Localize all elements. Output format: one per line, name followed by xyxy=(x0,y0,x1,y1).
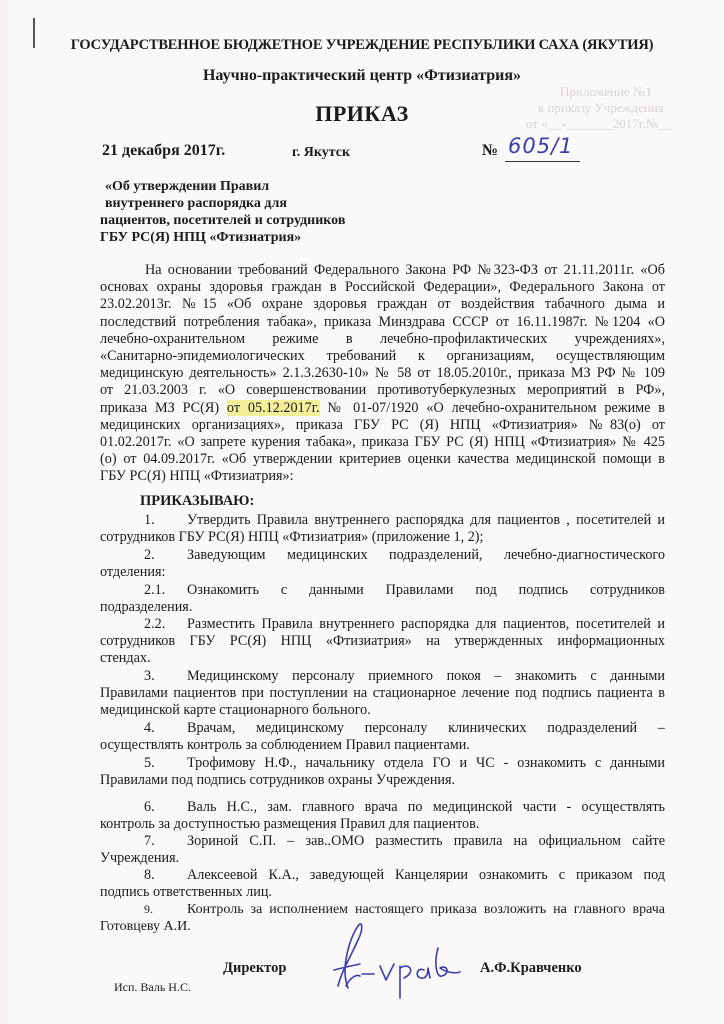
order-item: 2.1.Ознакомить с данными Правилами под п… xyxy=(100,582,665,616)
preamble-line: лечебно-охранительном режиме в лечебно-п… xyxy=(100,331,665,348)
preamble-line: (о) от 04.09.2017г. «Об утверждении крит… xyxy=(100,451,665,468)
center-name: Научно-практический центр «Фтизиатрия» xyxy=(0,67,724,85)
subject-line: «Об утверждении Правил xyxy=(100,178,345,195)
subject-line: ГБУ РС(Я) НПЦ «Фтизиатрия» xyxy=(100,229,345,246)
order-number-handwritten: 605/1 xyxy=(508,134,574,158)
subject-line: внутреннего распорядка для xyxy=(100,195,345,212)
signatory-title: Директор xyxy=(223,960,286,977)
preamble-line: основах охраны здоровья граждан в Россий… xyxy=(100,279,665,296)
preamble-line: медицинских организациях», приказа ГБУ Р… xyxy=(100,417,665,434)
organization-name: ГОСУДАРСТВЕННОЕ БЮДЖЕТНОЕ УЧРЕЖДЕНИЕ РЕС… xyxy=(0,37,724,54)
preamble-line: от 21.03.2003 г. «О совершенствовании пр… xyxy=(100,382,665,399)
order-heading: ПРИКАЗЫВАЮ: xyxy=(140,493,254,510)
order-number-underline xyxy=(505,161,580,162)
order-item: 4.Врачам, медицинскому персоналу клиниче… xyxy=(100,720,665,754)
show-through-appendix-1: Приложение №1 xyxy=(560,84,652,100)
preamble-line-highlighted: приказа МЗ РС(Я) от 05.12.2017г. № 01-07… xyxy=(100,400,665,417)
order-item: 6.Валь Н.С., зам. главного врача по меди… xyxy=(100,799,665,833)
order-date: 21 декабря 2017г. xyxy=(102,142,225,160)
preamble-line: На основании требований Федерального Зак… xyxy=(100,262,665,279)
preamble-line: «Санитарно-эпидемиологических требований… xyxy=(100,348,665,365)
preamble-line: 01.02.2017г. «О запрете курения табака»,… xyxy=(100,434,665,451)
signatory-name: А.Ф.Кравченко xyxy=(480,960,582,977)
order-item: 5.Трофимову Н.Ф., начальнику отдела ГО и… xyxy=(100,755,665,789)
preamble: На основании требований Федерального Зак… xyxy=(100,262,665,486)
order-item: 8.Алексеевой К.А., заведующей Канцелярии… xyxy=(100,867,665,901)
preamble-line: медицинскую деятельность» 2.1.3.2630-10»… xyxy=(100,365,665,382)
handwritten-signature-icon xyxy=(320,918,470,1008)
preamble-line: 23.02.2013г. №15 «Об охране здоровья гра… xyxy=(100,296,665,313)
order-city: г. Якутск xyxy=(292,145,350,161)
order-number-label: № xyxy=(482,142,498,160)
preamble-line: последствий потребления табака», приказа… xyxy=(100,314,665,331)
subject-line: пациентов, посетителей и сотрудников xyxy=(100,212,345,229)
order-item: 2.Заведующим медицинских подразделений, … xyxy=(100,547,665,581)
order-item: 7.Зориной С.П. – зав..ОМО разместить пра… xyxy=(100,833,665,867)
order-item: 3.Медицинскому персоналу приемного покоя… xyxy=(100,668,665,720)
order-item: 2.2.Разместить Правила внутреннего распо… xyxy=(100,616,665,668)
order-item: 1.Утвердить Правила внутреннего распоряд… xyxy=(100,512,665,546)
preamble-line: ГБУ РС(Я) НПЦ «Фтизиатрия»: xyxy=(100,468,665,485)
highlighted-date: от 05.12.2017г. xyxy=(227,400,320,416)
document-title: ПРИКАЗ xyxy=(0,101,724,127)
executor-note: Исп. Валь Н.С. xyxy=(114,980,191,995)
order-subject: «Об утверждении Правил внутреннего распо… xyxy=(100,178,345,246)
